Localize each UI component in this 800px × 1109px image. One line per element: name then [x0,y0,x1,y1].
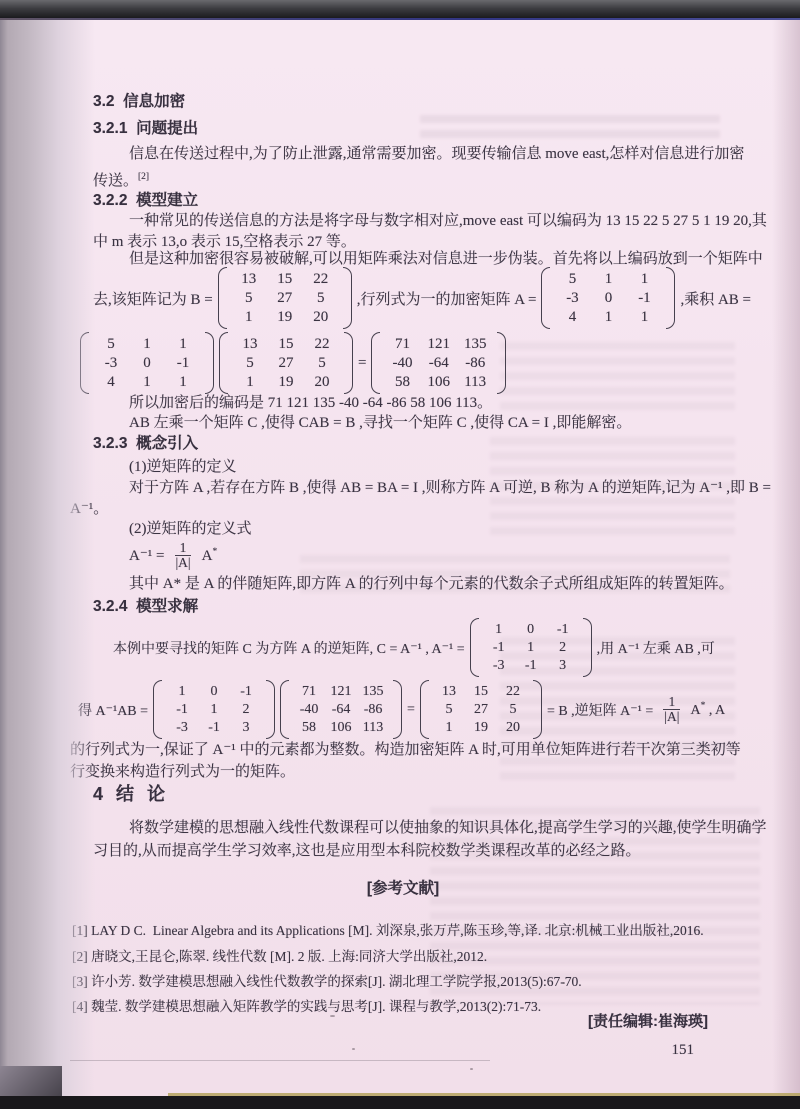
heading-3-2: 3.2 信息加密 [93,93,185,110]
para-encode-line1: 一种常见的传送信息的方法是将字母与数字相对应,move east 可以编码为 1… [129,213,767,230]
para-decrypt: AB 左乘一个矩阵 C ,使得 CAB = B ,寻找一个矩阵 C ,使得 CA… [129,415,631,432]
para-conclusion-line1: 将数学建模的思想融入线性代数课程可以使抽象的知识具体化,提高学生学习的兴趣,使学… [129,820,767,837]
matrix-B: 131522527511920 [219,332,353,394]
equals-sign: = [358,355,366,372]
formula-lhs: A⁻¹ = [129,546,164,565]
list-item-inverse-def: (1)逆矩阵的定义 [129,459,237,476]
scan-scratch [70,1060,490,1061]
matrix-A-inverse: 10-1-112-3-13 [153,680,275,739]
matrix-B: 131522527511920 [420,680,542,739]
para-adjoint: 其中 A* 是 A 的伴随矩阵,即方阵 A 的行列中每个元素的代数余子式所组成矩… [129,576,734,593]
page-number: 151 [672,1042,695,1059]
scanned-page: 变 图 加 第 应 要 3.2 信息加密 3.2.1 问题提出 信息在传送过程中… [0,0,800,1109]
reference-item-1: [1] LAY D C. Linear Algebra and its Appl… [72,922,704,939]
matrix-A: 511-30-1411 [80,332,214,394]
matrix-AB: 71121135-40-64-8658106113 [280,680,402,739]
equals-sign: = [407,702,415,718]
scanner-top-edge [0,0,800,19]
para-determinant-line2: 行变换来构造行列式为一的矩阵。 [70,764,295,781]
reference-item-2: [2] 唐晓文,王昆仑,陈翠. 线性代数 [M]. 2 版. 上海:同济大学出版… [72,948,487,965]
list-item-inverse-formula: (2)逆矩阵的定义式 [129,521,252,538]
heading-3-2-4: 3.2.4 模型求解 [93,598,198,615]
references-title: [参考文献] [93,880,713,897]
solve-line: 本例中要寻找的矩阵 C 为方阵 A 的逆矩阵, C = A⁻¹ , A⁻¹ = … [113,618,715,677]
para-determinant-line1: 的行列式为一,保证了 A⁻¹ 中的元素都为整数。构造加密矩阵 A 时,可用单位矩… [70,742,741,759]
fraction-one-over-detA: 1|A| [172,541,193,570]
got-text-eqB: = B ,逆矩阵 A⁻¹ = [547,700,653,720]
reference-item-4: [4] 魏莹. 数学建模思想融入矩阵教学的实践与思考[J]. 课程与教学,201… [72,998,541,1015]
para-crack: 但是这种加密很容易被破解,可以用矩阵乘法对信息进一步伪装。首先将以上编码放到一个… [129,251,763,268]
scan-speck [562,982,565,984]
spine-shadow [0,20,95,1098]
para-encode-line2: 中 m 表示 13,o 表示 15,空格表示 27 等。 [93,234,356,251]
adjugate-symbol: A* , A [690,701,725,719]
heading-3-2-2: 3.2.2 模型建立 [93,192,198,209]
matrix-A-inverse: 10-1-112-3-13 [470,618,592,677]
label-product-AB: ,乘积 AB = [680,288,751,309]
label-matrix-A: ,行列式为一的加密矩阵 A = [357,288,537,309]
verification-line: 得 A⁻¹AB = 10-1-112-3-13 71121135-40-64-8… [78,680,725,739]
heading-3-2-3: 3.2.3 概念引入 [93,435,198,452]
fraction-one-over-detA: 1|A| [661,695,682,724]
scan-speck [470,1068,473,1070]
right-edge-shadow [772,20,800,1098]
solve-text-pre: 本例中要寻找的矩阵 C 为方阵 A 的逆矩阵, C = A⁻¹ , A⁻¹ = [113,638,465,658]
heading-conclusion: 4 结 论 [93,786,166,803]
para-intro-line2: 传送。[2] [93,169,149,190]
scan-speck [352,1048,355,1050]
para-inverse-def-line1: 对于方阵 A ,若存在方阵 B ,使得 AB = BA = I ,则称方阵 A … [129,480,771,497]
scan-speck [330,1015,335,1017]
bottom-left-corner-shadow [0,1066,62,1098]
para-intro-line1: 信息在传送过程中,为了防止泄露,通常需要加密。现要传输信息 move east,… [129,146,744,163]
editor-note: [责任编辑:崔海瑛] [588,1013,708,1030]
inverse-formula: A⁻¹ = 1|A| A* [129,541,217,570]
para-encrypted-code: 所以加密后的编码是 71 121 135 -40 -64 -86 58 106 … [129,395,492,412]
bleed-through-block [500,335,735,410]
scanner-bottom-edge [0,1096,800,1109]
heading-3-2-1: 3.2.1 问题提出 [93,120,198,137]
adjugate-symbol: A* [202,547,218,565]
page-surface: 变 图 加 第 应 要 3.2 信息加密 3.2.1 问题提出 信息在传送过程中… [0,20,800,1098]
matrix-A: 511-30-1411 [541,267,675,329]
solve-text-post: ,用 A⁻¹ 左乘 AB ,可 [597,638,715,658]
matrix-B: 131522527511920 [218,267,352,329]
matrix-AB: 71121135-40-64-8658106113 [371,332,506,394]
matrix-definition-line: 去,该矩阵记为 B = 131522527511920 ,行列式为一的加密矩阵 … [93,267,751,329]
citation-superscript: [2] [138,172,149,182]
label-matrix-B: 去,该矩阵记为 B = [93,288,213,309]
product-equation-line: 511-30-1411 131522527511920 = 71121135-4… [80,332,506,394]
reference-item-3: [3] 许小芳. 数学建模思想融入线性代数教学的探索[J]. 湖北理工学院学报,… [72,973,582,990]
bleed-through-block [420,108,720,140]
para-conclusion-line2: 习目的,从而提高学生学习效率,这也是应用型本科院校数学类课程改革的必经之路。 [93,843,641,860]
